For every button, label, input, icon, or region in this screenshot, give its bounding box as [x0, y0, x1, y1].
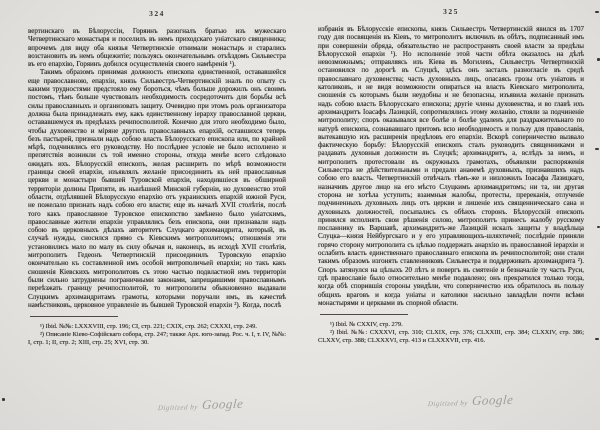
- left-page-footnotes: ¹) Ibid. №№: LXXXVIII, стр. 196; CI, стр…: [28, 323, 286, 346]
- body-paragraph: Такимъ образомъ принимая должность еписк…: [28, 68, 286, 309]
- google-watermark: Digitized by Google: [427, 391, 514, 411]
- body-paragraph: избранія въ Бѣлорусскіе епископы, князь …: [318, 25, 584, 307]
- footnote: ¹) Ibid. № CXXIV, стр. 279.: [318, 321, 584, 329]
- right-page-body: избранія въ Бѣлорусскіе епископы, князь …: [318, 25, 584, 307]
- google-brand-label: Google: [471, 392, 513, 408]
- right-page-number: 325: [318, 7, 584, 16]
- body-paragraph: вертинскаго въ Бѣлоруссіи, Горяинъ разог…: [28, 27, 286, 68]
- footnote-rule: [320, 314, 408, 315]
- google-watermark: Digitized by Google: [157, 395, 244, 415]
- footnote-rule: [30, 316, 118, 317]
- scan-artifact: [595, 11, 599, 13]
- left-page-body: вертинскаго въ Бѣлоруссіи, Горяинъ разог…: [28, 27, 286, 309]
- scan-artifact: [595, 338, 599, 340]
- right-page-footnotes: ¹) Ibid. № CXXIV, стр. 279. ²) Ibid. №№:…: [318, 321, 584, 344]
- right-page: 325 избранія въ Бѣлорусскіе епископы, кн…: [318, 0, 584, 344]
- scan-artifact: [595, 148, 599, 150]
- watermark-prefix-label: Digitized by: [158, 403, 199, 412]
- left-page: 324 вертинскаго въ Бѣлоруссіи, Горяинъ р…: [28, 0, 286, 346]
- footnote: ²) Описаніе Кіево-Софійскаго собора, стр…: [28, 331, 286, 347]
- book-scan: { "document": { "watermark": { "prefix":…: [0, 0, 600, 430]
- watermark-prefix-label: Digitized by: [428, 399, 469, 408]
- scan-artifact: [2, 398, 5, 401]
- footnote: ¹) Ibid. №№: LXXXVIII, стр. 196; CI, стр…: [28, 323, 286, 331]
- footnote: ²) Ibid. №№: CXXXVI, стр. 310; CLXIX, ст…: [318, 329, 584, 345]
- google-brand-label: Google: [201, 396, 243, 412]
- left-page-number: 324: [28, 9, 286, 18]
